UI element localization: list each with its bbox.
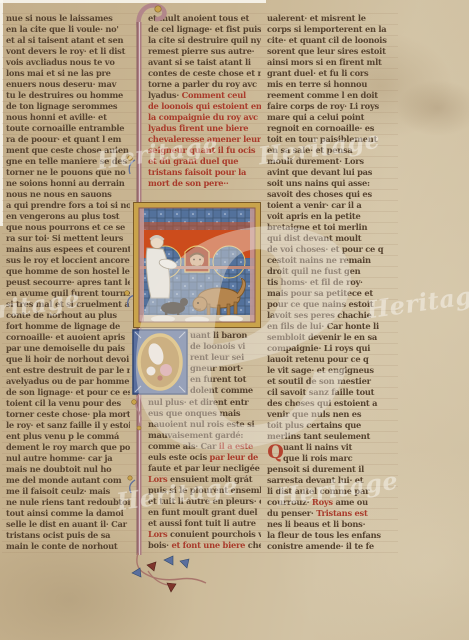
- text-line: toit en tour paisiblement: [267, 134, 394, 145]
- text-line: lauoit retenu pour ce q: [267, 354, 394, 365]
- text-line: en furent tot: [190, 374, 262, 385]
- text-line: la fleur de tous les enfans: [267, 530, 394, 541]
- text-line: nes li beaus et li bons·: [267, 519, 394, 530]
- text-line: merlins tant seulement: [267, 431, 394, 442]
- miniature: [133, 202, 261, 328]
- text-line: avint que devant lui pas: [267, 167, 394, 178]
- text-line: grant duel· et fu li cors: [267, 68, 394, 79]
- text-line: que li rois marc: [267, 453, 394, 464]
- text-line: bretaigne et toi merlin: [267, 222, 394, 233]
- text-line: de loonois vi: [190, 341, 262, 352]
- text-line: ualerent· et misrent le: [267, 13, 394, 24]
- foliate-spray: [118, 545, 228, 600]
- text-line: dolent comme: [190, 385, 262, 396]
- text-line: droit quil ne fust gen: [267, 266, 394, 277]
- text-line: sarresta devant lui· et: [267, 475, 394, 486]
- text-line: toient a venir· car il a: [267, 200, 394, 211]
- text-line: corps si lemporterent en la: [267, 24, 394, 35]
- text-line: cestoit nains ne remain: [267, 255, 394, 266]
- text-line: pensoit si durement il: [267, 464, 394, 475]
- text-line: des choses qui estoient a: [267, 398, 394, 409]
- text-line: reement comme l en doit: [267, 90, 394, 101]
- text-line: en sa sale· et pensa: [267, 145, 394, 156]
- text-line: tis homs· et fil de roy·: [267, 277, 394, 288]
- text-line: cil savoit sanz faille tout: [267, 387, 394, 398]
- text-line: cite· et quant cil de loonois: [267, 35, 394, 46]
- text-line: courrouz· Roys ame ou: [267, 497, 394, 508]
- text-line: venir que nuls nen es: [267, 409, 394, 420]
- text-line: savoit des choses qui es: [267, 189, 394, 200]
- text-line: sorent que leur sires estoit: [267, 46, 394, 57]
- text-line: du penser· Tristans est: [267, 508, 394, 519]
- text-line: en fils de lui· Car honte li: [267, 321, 394, 332]
- text-line: gneur mort·: [190, 363, 262, 374]
- column-2-beside-initial: uant li baronde loonois virent leur seig…: [190, 330, 262, 396]
- text-line: pour ce que nains estoit: [267, 299, 394, 310]
- text-line: soit uns nains qui asse:: [267, 178, 394, 189]
- text-line: moult durement· Lors: [267, 156, 394, 167]
- text-line: et soutil de son mestier: [267, 376, 394, 387]
- text-line: sembloit devenir le en sa: [267, 332, 394, 343]
- text-line: mis en terre si honnou: [267, 79, 394, 90]
- historiated-initial-Q: [129, 328, 189, 438]
- text-line: rent leur sei: [190, 352, 262, 363]
- text-line: qui dist devant moult: [267, 233, 394, 244]
- text-line: conistre amende· il te fe: [267, 541, 394, 552]
- text-line: le vit sage· et engigneus: [267, 365, 394, 376]
- text-line: lavoit ses peres chachie: [267, 310, 394, 321]
- text-line: regnoit en cornoaille· es: [267, 123, 394, 134]
- text-line: faire corps de roy· Li roys: [267, 101, 394, 112]
- text-line: toit plus certains que: [267, 420, 394, 431]
- text-line: voit apris en la petite: [267, 211, 394, 222]
- text-line: de voi choses· et pour ce q: [267, 244, 394, 255]
- text-line: mais pour sa petitece et: [267, 288, 394, 299]
- text-line: uant li baron: [190, 330, 262, 341]
- text-line: ainsi mors si en firent mlt: [267, 57, 394, 68]
- manuscript-page: nue si nous le laissamesen la cite que l…: [0, 0, 469, 640]
- text-line: li dist autel comme par: [267, 486, 394, 497]
- text-line: uant li nains vit: [267, 442, 394, 453]
- text-line: mare qui a celui point: [267, 112, 394, 123]
- text-line: compaignie· Li roys qui: [267, 343, 394, 354]
- lombard-initial-Q: Q: [267, 442, 284, 463]
- column-3: ualerent· et misrent lecorps si lemporte…: [267, 13, 394, 552]
